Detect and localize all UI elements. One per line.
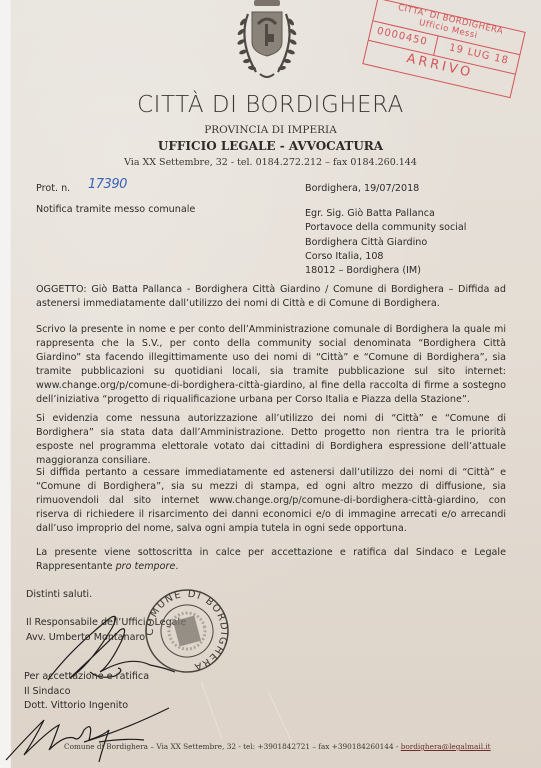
paper-crease [201, 682, 222, 739]
closing: Distinti saluti. [26, 588, 92, 602]
coat-of-arms-icon [232, 0, 302, 88]
recipient-city: 18012 – Bordighera (IM) [305, 264, 466, 278]
ratification-end: . [175, 561, 178, 572]
footer-email-link[interactable]: bordighera@legalmail.it [401, 742, 491, 751]
letterhead-city: CITTÀ DI BORDIGHERA [0, 92, 541, 118]
date-line: Bordighera, 19/07/2018 [305, 182, 419, 196]
recipient-name: Egr. Sig. Giò Batta Pallanca [305, 207, 466, 221]
signatory-mayor-role: Il Sindaco [24, 685, 149, 700]
recipient-group: Bordighera Città Giardino [305, 236, 466, 250]
recipient-street: Corso Italia, 108 [305, 250, 466, 264]
body-paragraph: Si evidenzia come nessuna autorizzazione… [36, 412, 506, 468]
ratification-paragraph: La presente viene sottoscritta in calce … [36, 546, 506, 574]
footer: Comune di Bordighera – Via XX Settembre,… [64, 742, 491, 751]
body-paragraph: Si diffida pertanto a cessare immediatam… [36, 466, 506, 536]
footer-contact: Comune di Bordighera – Via XX Settembre,… [64, 742, 401, 751]
signature-mayor [4, 700, 174, 765]
subject-line: OGGETTO: Giò Batta Pallanca - Bordighera… [36, 283, 506, 311]
stamp-divider [433, 35, 438, 55]
letterhead-address: Via XX Settembre, 32 - tel. 0184.272.212… [0, 157, 541, 168]
protocol-label: Prot. n. [36, 182, 70, 196]
notification-method: Notifica tramite messo comunale [36, 203, 195, 217]
paper-crease [268, 693, 294, 748]
body-paragraph: Scrivo la presente in nome e per conto d… [36, 323, 506, 407]
letterhead-office: UFFICIO LEGALE - AVVOCATURA [0, 139, 541, 153]
recipient-address: Egr. Sig. Giò Batta Pallanca Portavoce d… [305, 207, 466, 278]
ratification-line: Per accettazione e ratifica [24, 670, 149, 685]
protocol-number: 17390 [88, 178, 127, 192]
ratification-text: La presente viene sottoscritta in calce … [36, 547, 506, 572]
ratification-italic: pro tempore [116, 561, 176, 572]
letterhead-province: PROVINCIA DI IMPERIA [0, 124, 541, 136]
recipient-role: Portavoce della community social [305, 221, 466, 235]
